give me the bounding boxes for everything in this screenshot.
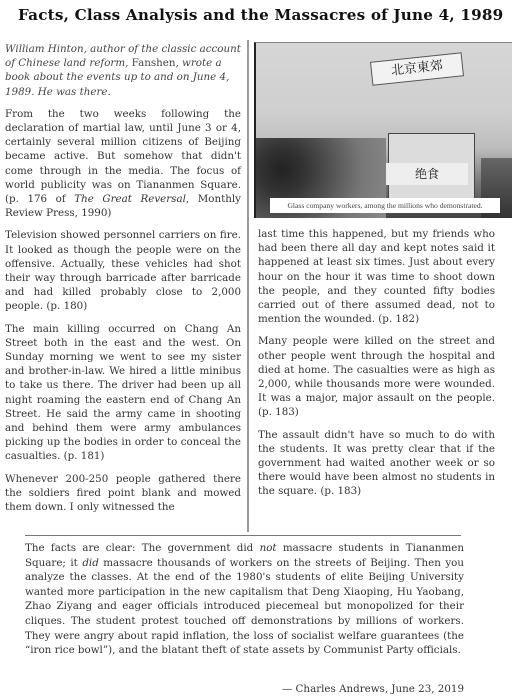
paragraph-casualties: Many people were killed on the street an… <box>258 334 495 419</box>
paragraph-point-blank: Whenever 200-250 people gathered there t… <box>5 472 241 515</box>
column-divider <box>247 40 249 532</box>
paragraph-students: The assault didn't have so much to do wi… <box>258 428 495 499</box>
attribution: — Charles Andrews, June 23, 2019 <box>282 683 464 695</box>
section-divider <box>25 535 461 536</box>
page-title: Facts, Class Analysis and the Massacres … <box>18 6 508 24</box>
photo-banner: 北京東郊 <box>370 52 464 85</box>
conclusion-text-3: massacre thousands of workers on the str… <box>25 557 464 657</box>
truck-sign: 绝食 <box>386 163 468 185</box>
conclusion-paragraph: The facts are clear: The government did … <box>25 541 464 658</box>
intro-paragraph: William Hinton, author of the classic ac… <box>5 42 241 99</box>
left-column: William Hinton, author of the classic ac… <box>5 42 241 522</box>
emphasis-not: not <box>260 542 277 554</box>
emphasis-did: did <box>82 557 98 569</box>
conclusion-text-1: The facts are clear: The government did <box>25 542 260 554</box>
paragraph-chang-an-street: The main killing occurred on Chang An St… <box>5 322 241 464</box>
book-title: The Great Reversal <box>74 193 186 205</box>
paragraph-media-focus: From the two weeks following the declara… <box>5 107 241 221</box>
paragraph-six-times: last time this happened, but my friends … <box>258 227 495 326</box>
protest-photo: 北京東郊 绝食 Glass company workers, among the… <box>254 42 512 218</box>
right-column: last time this happened, but my friends … <box>258 227 495 507</box>
conclusion-block: The facts are clear: The government did … <box>25 541 464 658</box>
paragraph-text: From the two weeks following the declara… <box>5 108 241 205</box>
paragraph-personnel-carriers: Television showed personnel carriers on … <box>5 228 241 313</box>
intro-book-title: Fanshen <box>132 57 176 69</box>
photo-caption: Glass company workers, among the million… <box>270 198 500 213</box>
